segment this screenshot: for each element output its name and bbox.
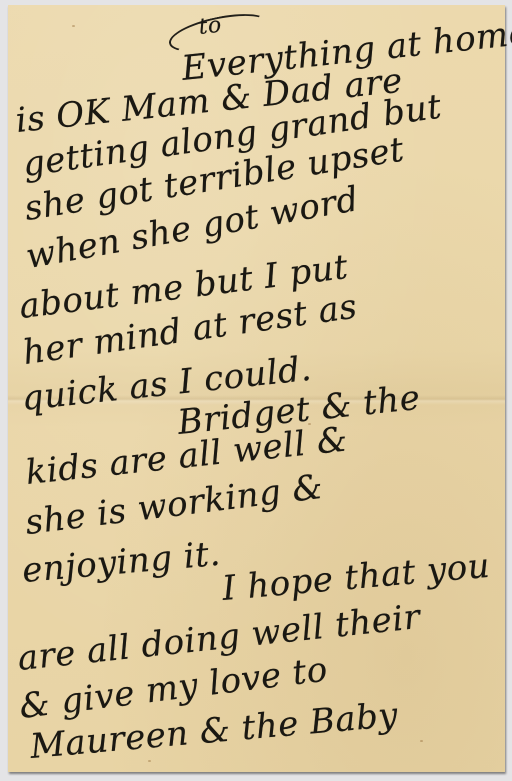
paper-speck bbox=[420, 740, 423, 742]
marginal-mark: to bbox=[197, 13, 223, 40]
paper-speck bbox=[72, 25, 75, 27]
letter-page: to Everything at home is OK Mam & Dad ar… bbox=[8, 5, 505, 772]
letter-line-13: I hope that you bbox=[221, 546, 492, 609]
paper-speck bbox=[148, 760, 151, 762]
letter-line-12: enjoying it. bbox=[21, 534, 223, 591]
